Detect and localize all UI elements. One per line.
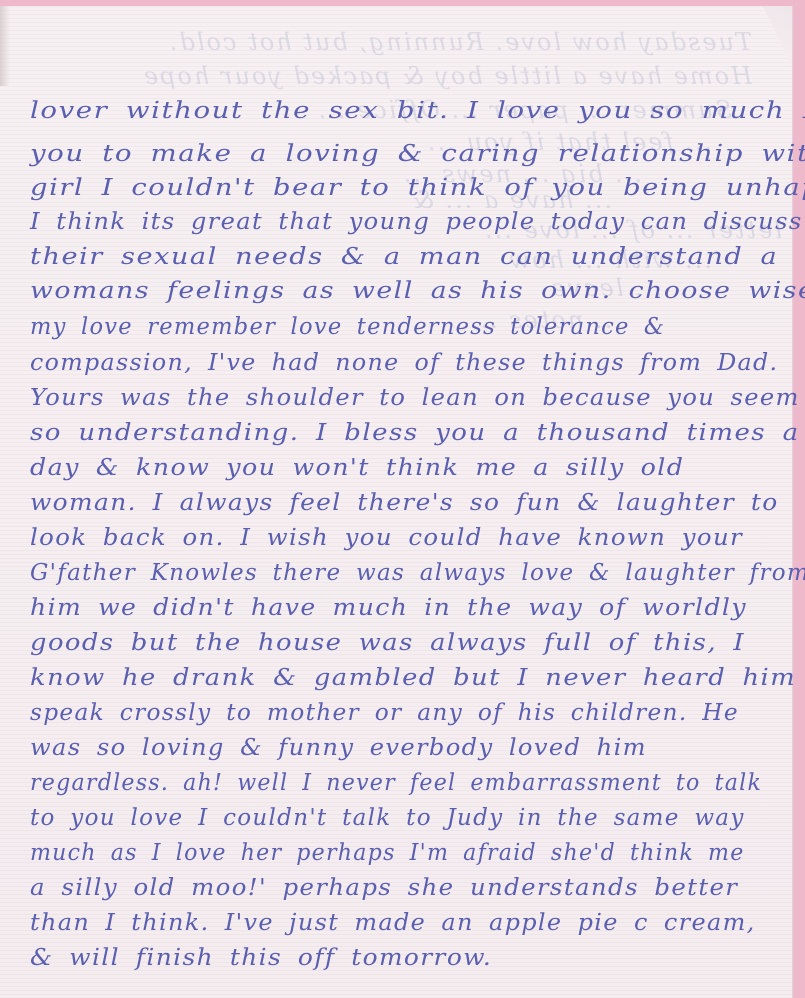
letter-line: woman. I always feel there's so fun & la…: [30, 490, 779, 516]
show-through-line: Home have a little boy & packed your hop…: [142, 62, 752, 90]
letter-line: girl I couldn't bear to think of you bei…: [30, 175, 805, 201]
letter-line: look back on. I wish you could have know…: [30, 525, 743, 551]
letter-line: goods but the house was always full of t…: [30, 630, 745, 656]
letter-line: know he drank & gambled but I never hear…: [30, 665, 796, 691]
letter-line: day & know you won't think me a silly ol…: [30, 455, 684, 481]
letter-line: lover without the sex bit. I love you so…: [30, 98, 805, 124]
letter-line: compassion, I've had none of these thing…: [30, 350, 778, 376]
paper-edge-shadow: [0, 6, 10, 86]
letter-line: Yours was the shoulder to lean on becaus…: [30, 385, 800, 411]
letter-line: than I think. I've just made an apple pi…: [30, 910, 756, 936]
letter-line: my love remember love tenderness toleran…: [30, 314, 665, 340]
letter-line: was so loving & funny everbody loved him: [30, 735, 647, 761]
letter-paper: Tuesday how love. Running, but hot cold.…: [0, 6, 792, 998]
letter-line: & will finish this off tomorrow.: [30, 945, 492, 971]
letter-line: you to make a loving & caring relationsh…: [30, 141, 805, 167]
letter-line: much as I love her perhaps I'm afraid sh…: [30, 840, 745, 866]
letter-line: a silly old moo!' perhaps she understand…: [30, 875, 738, 901]
letter-line: G'father Knowles there was always love &…: [30, 560, 805, 586]
letter-line: I think its great that young people toda…: [30, 209, 803, 235]
letter-line: speak crossly to mother or any of his ch…: [30, 700, 739, 726]
letter-line: womans feelings as well as his own. choo…: [30, 278, 805, 304]
letter-line: their sexual needs & a man can understan…: [30, 244, 778, 270]
letter-line: to you love I couldn't talk to Judy in t…: [30, 805, 745, 831]
letter-line: him we didn't have much in the way of wo…: [30, 595, 747, 621]
letter-line: regardless. ah! well I never feel embarr…: [30, 770, 762, 796]
show-through-line: Tuesday how love. Running, but hot cold.: [168, 28, 752, 56]
paper-corner-fold: [763, 6, 792, 66]
letter-line: so understanding. I bless you a thousand…: [30, 420, 800, 446]
